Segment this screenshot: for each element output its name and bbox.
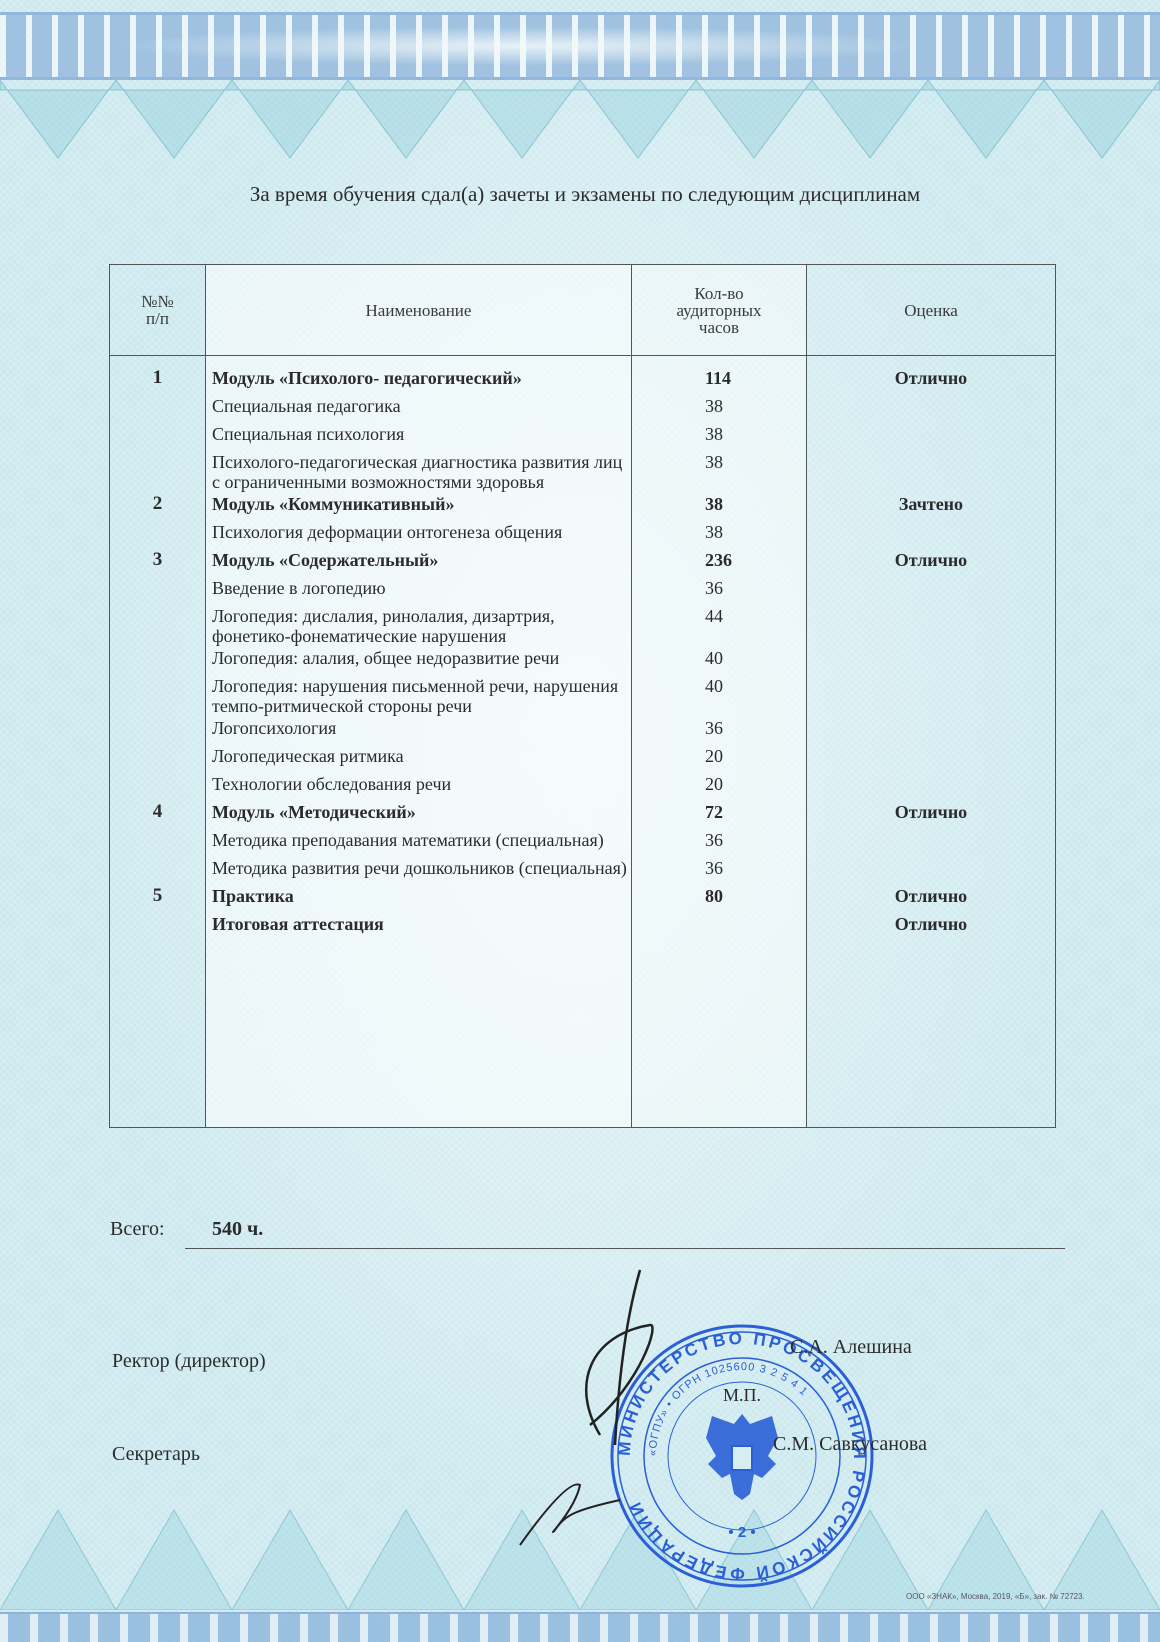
hours-value: 236 <box>632 549 807 577</box>
secretary-name: С.М. Савкусанова <box>773 1433 927 1456</box>
row-number <box>110 605 206 647</box>
grade-value: Зачтено <box>807 493 1056 521</box>
discipline-row: Специальная педагогика38 <box>110 395 1056 423</box>
hours-value: 40 <box>632 675 807 717</box>
document-heading: За время обучения сдал(а) зачеты и экзам… <box>0 182 1160 207</box>
grade-value: Отлично <box>807 549 1056 577</box>
discipline-row: Специальная психология38 <box>110 423 1056 451</box>
grade-value: Отлично <box>807 801 1056 829</box>
discipline-row: Психология деформации онтогенеза общения… <box>110 521 1056 549</box>
row-number <box>110 423 206 451</box>
grade-value <box>807 451 1056 493</box>
hours-value: 38 <box>632 451 807 493</box>
row-number <box>110 913 206 941</box>
hours-value: 20 <box>632 745 807 773</box>
discipline-name: Логопедическая ритмика <box>206 745 632 773</box>
hours-value: 80 <box>632 885 807 913</box>
row-number: 1 <box>110 356 206 396</box>
discipline-row: Введение в логопедию36 <box>110 577 1056 605</box>
discipline-name: Логопедия: нарушения письменной речи, на… <box>206 675 632 717</box>
discipline-row: Логопедическая ритмика20 <box>110 745 1056 773</box>
discipline-name: Логопсихология <box>206 717 632 745</box>
total-label: Всего: <box>110 1218 165 1241</box>
hours-value: 38 <box>632 493 807 521</box>
row-number: 3 <box>110 549 206 577</box>
grade-value <box>807 745 1056 773</box>
grade-value <box>807 647 1056 675</box>
discipline-name: Модуль «Коммуникативный» <box>206 493 632 521</box>
hours-value: 38 <box>632 423 807 451</box>
row-number <box>110 829 206 857</box>
discipline-name: Модуль «Методический» <box>206 801 632 829</box>
discipline-name: Логопедия: алалия, общее недоразвитие ре… <box>206 647 632 675</box>
grade-value <box>807 717 1056 745</box>
module-row: 5Практика80Отлично <box>110 885 1056 913</box>
module-row: 4Модуль «Методический»72Отлично <box>110 801 1056 829</box>
discipline-name: Технологии обследования речи <box>206 773 632 801</box>
row-number: 2 <box>110 493 206 521</box>
grade-value <box>807 857 1056 885</box>
row-number <box>110 857 206 885</box>
grade-value: Отлично <box>807 913 1056 941</box>
discipline-row: Методика развития речи дошкольников (спе… <box>110 857 1056 885</box>
header-name: Наименование <box>206 265 632 356</box>
discipline-name: Психолого-педагогическая диагностика раз… <box>206 451 632 493</box>
discipline-name: Логопедия: дислалия, ринолалия, дизартри… <box>206 605 632 647</box>
row-number <box>110 675 206 717</box>
grades-body: 1Модуль «Психолого- педагогический»114От… <box>110 356 1056 1128</box>
module-row: 3Модуль «Содержательный»236Отлично <box>110 549 1056 577</box>
discipline-name: Введение в логопедию <box>206 577 632 605</box>
hours-value: 36 <box>632 577 807 605</box>
rector-signature <box>560 1265 680 1475</box>
discipline-name: Методика преподавания математики (специа… <box>206 829 632 857</box>
header-hours: Кол-во аудиторных часов <box>632 265 807 356</box>
discipline-name: Итоговая аттестация <box>206 913 632 941</box>
hours-value: 114 <box>632 356 807 396</box>
discipline-row: Технологии обследования речи20 <box>110 773 1056 801</box>
row-number <box>110 521 206 549</box>
grade-value <box>807 423 1056 451</box>
total-hours: 540 ч. <box>212 1218 263 1241</box>
secretary-label: Секретарь <box>112 1443 200 1466</box>
discipline-name: Модуль «Психолого- педагогический» <box>206 356 632 396</box>
hours-value: 20 <box>632 773 807 801</box>
grade-value: Отлично <box>807 356 1056 396</box>
discipline-name: Психология деформации онтогенеза общения <box>206 521 632 549</box>
header-grade: Оценка <box>807 265 1056 356</box>
svg-text:• 2 •: • 2 • <box>728 1524 755 1541</box>
row-number <box>110 773 206 801</box>
arch-ornament-top <box>0 80 1160 160</box>
security-pattern-top <box>0 12 1160 80</box>
hours-value: 36 <box>632 717 807 745</box>
discipline-row: Психолого-педагогическая диагностика раз… <box>110 451 1056 493</box>
hours-value <box>632 913 807 941</box>
grades-table: №№ п/п Наименование Кол-во аудиторных ча… <box>109 264 1056 1128</box>
empty-row <box>110 941 1056 1128</box>
discipline-name: Специальная педагогика <box>206 395 632 423</box>
row-number: 5 <box>110 885 206 913</box>
hours-value: 44 <box>632 605 807 647</box>
row-number <box>110 577 206 605</box>
grade-value <box>807 521 1056 549</box>
discipline-row: Логопедия: нарушения письменной речи, на… <box>110 675 1056 717</box>
row-number <box>110 395 206 423</box>
discipline-name: Модуль «Содержательный» <box>206 549 632 577</box>
discipline-row: Логопсихология36 <box>110 717 1056 745</box>
header-num: №№ п/п <box>110 265 206 356</box>
module-row: Итоговая аттестацияОтлично <box>110 913 1056 941</box>
row-number: 4 <box>110 801 206 829</box>
grade-value <box>807 577 1056 605</box>
hours-value: 72 <box>632 801 807 829</box>
discipline-row: Логопедия: алалия, общее недоразвитие ре… <box>110 647 1056 675</box>
grade-value <box>807 829 1056 857</box>
grade-value: Отлично <box>807 885 1056 913</box>
rector-label: Ректор (директор) <box>112 1350 266 1373</box>
discipline-row: Логопедия: дислалия, ринолалия, дизартри… <box>110 605 1056 647</box>
secretary-signature <box>515 1470 625 1550</box>
security-pattern-bottom <box>0 1612 1160 1642</box>
discipline-name: Специальная психология <box>206 423 632 451</box>
row-number <box>110 451 206 493</box>
module-row: 2Модуль «Коммуникативный»38Зачтено <box>110 493 1056 521</box>
discipline-name: Практика <box>206 885 632 913</box>
hours-value: 38 <box>632 395 807 423</box>
hours-value: 36 <box>632 829 807 857</box>
hours-value: 38 <box>632 521 807 549</box>
stamp-place-mark: М.П. <box>723 1385 761 1406</box>
grade-value <box>807 605 1056 647</box>
hours-value: 40 <box>632 647 807 675</box>
discipline-row: Методика преподавания математики (специа… <box>110 829 1056 857</box>
row-number <box>110 717 206 745</box>
grade-value <box>807 395 1056 423</box>
grade-value <box>807 773 1056 801</box>
row-number <box>110 647 206 675</box>
total-underline <box>185 1248 1065 1249</box>
rector-name: С.А. Алешина <box>790 1336 912 1359</box>
hours-value: 36 <box>632 857 807 885</box>
discipline-name: Методика развития речи дошкольников (спе… <box>206 857 632 885</box>
printer-imprint: ООО «ЗНАК», Москва, 2019, «Б», зак. № 72… <box>906 1592 1085 1601</box>
grade-value <box>807 675 1056 717</box>
row-number <box>110 745 206 773</box>
eagle-emblem-icon <box>706 1414 778 1500</box>
module-row: 1Модуль «Психолого- педагогический»114От… <box>110 356 1056 396</box>
